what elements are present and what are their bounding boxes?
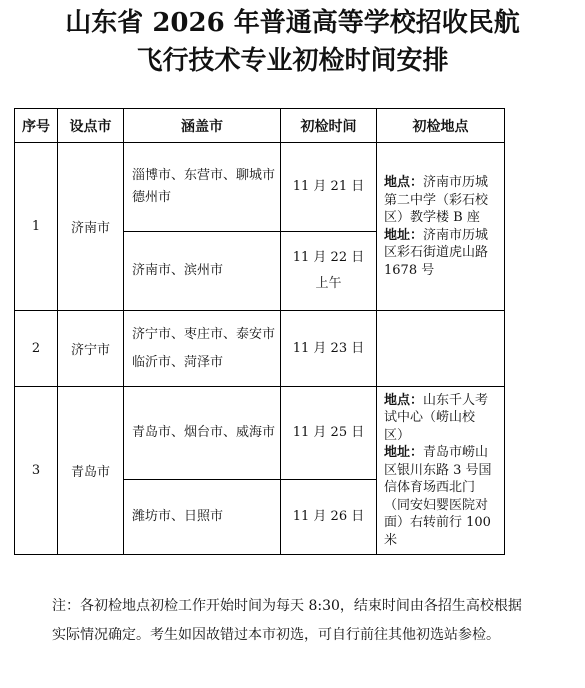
row-exam-location: 地点：山东千人考试中心（崂山校区） 地址：青岛市崂山区银川东路 3 号国信体育场… <box>377 387 505 555</box>
place-label: 地点： <box>384 393 423 408</box>
table-row: 2 济宁市 济宁市、枣庄市、泰安市 临沂市、菏泽市 11 月 23 日 <box>15 311 505 387</box>
row-index: 1 <box>15 143 58 311</box>
footnote: 注：各初检地点初检工作开始时间为每天 8:30，结束时间由各招生高校根据实际情况… <box>52 592 532 650</box>
page-title-line-2: 飞行技术专业初检时间安排 <box>0 44 585 78</box>
row-exam-location: 地点：济南市历城第二中学（彩石校区）教学楼 B 座 地址：济南市历城区彩石街道虎… <box>377 143 505 311</box>
row-exam-date: 11 月 25 日 <box>281 387 377 480</box>
table-row: 3 青岛市 青岛市、烟台市、威海市 11 月 25 日 地点：山东千人考试中心（… <box>15 387 505 480</box>
covered-line-1: 济宁市、枣庄市、泰安市 <box>132 327 275 342</box>
row-index: 2 <box>15 311 58 387</box>
row-exam-location-empty <box>377 311 505 387</box>
row-site-city: 青岛市 <box>58 387 124 555</box>
row-covered-cities: 青岛市、烟台市、威海市 <box>124 387 281 480</box>
covered-line-2: 临沂市、菏泽市 <box>132 355 223 370</box>
address-label: 地址： <box>384 445 423 460</box>
header-site-city: 设点市 <box>58 109 124 143</box>
row-exam-date: 11 月 21 日 <box>281 143 377 232</box>
address-value: 青岛市崂山区银川东路 3 号国信体育场西北门（同安妇婴医院对面）右转前行 100… <box>384 445 492 548</box>
row-covered-cities: 济宁市、枣庄市、泰安市 临沂市、菏泽市 <box>124 311 281 387</box>
row-exam-date: 11 月 22 日上午 <box>281 232 377 311</box>
row-site-city: 济宁市 <box>58 311 124 387</box>
table-header-row: 序号 设点市 涵盖市 初检时间 初检地点 <box>15 109 505 143</box>
page-title-line-1: 山东省 2026 年普通高等学校招收民航 <box>0 6 585 40</box>
address-label: 地址： <box>384 228 423 243</box>
row-covered-cities: 淄博市、东营市、聊城市德州市 <box>124 143 281 232</box>
header-index: 序号 <box>15 109 58 143</box>
row-index: 3 <box>15 387 58 555</box>
header-exam-date: 初检时间 <box>281 109 377 143</box>
table-row: 1 济南市 淄博市、东营市、聊城市德州市 11 月 21 日 地点：济南市历城第… <box>15 143 505 232</box>
schedule-table: 序号 设点市 涵盖市 初检时间 初检地点 1 济南市 淄博市、东营市、聊城市德州… <box>14 108 505 555</box>
row-covered-cities: 潍坊市、日照市 <box>124 480 281 555</box>
header-covered-cities: 涵盖市 <box>124 109 281 143</box>
row-exam-date: 11 月 23 日 <box>281 311 377 387</box>
row-covered-cities: 济南市、滨州市 <box>124 232 281 311</box>
row-exam-date: 11 月 26 日 <box>281 480 377 555</box>
place-label: 地点： <box>384 175 423 190</box>
header-exam-location: 初检地点 <box>377 109 505 143</box>
row-site-city: 济南市 <box>58 143 124 311</box>
